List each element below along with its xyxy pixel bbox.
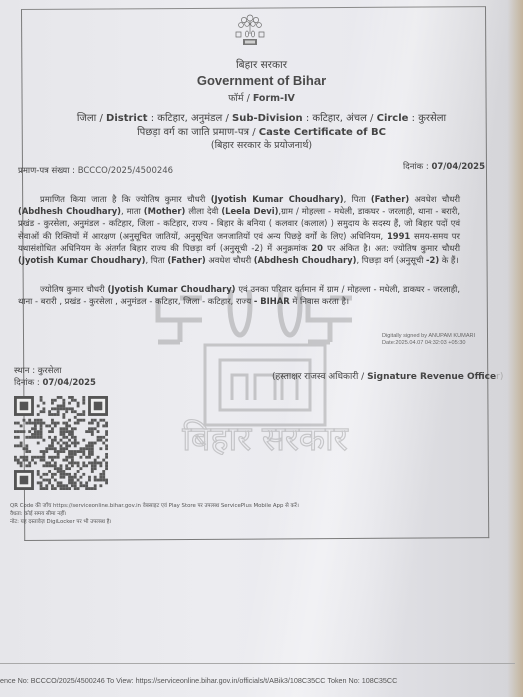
qr-code-icon[interactable] — [14, 396, 108, 490]
applicant-name-en: (Jyotish Kumar Choudhary) — [211, 194, 344, 204]
applicant-name-en: (Jyotish Kumar Choudhary) — [18, 255, 145, 265]
district-value: कटिहार — [157, 113, 184, 124]
place-label: स्थान — [14, 366, 30, 376]
certificate-number-value: BCCCO/2025/4500246 — [78, 166, 173, 176]
state-name: - BIHAR — [254, 296, 290, 306]
text: पर अंकित है। अत: ज्योतिष कुमार चौधरी — [323, 243, 460, 253]
text: में निवास करता है। — [290, 296, 349, 306]
footer-reference: ence No: BCCCO/2025/4500246 To View: htt… — [0, 676, 523, 685]
text: , पिता — [145, 255, 167, 265]
mother-name-en: (Leela Devi) — [221, 206, 278, 216]
circle-label-hi: अंचल — [346, 113, 367, 124]
certificate-number: प्रमाण-पत्र संख्या : BCCCO/2025/4500246 — [18, 165, 173, 176]
footer-divider — [0, 663, 515, 664]
note-qr-verification: QR Code की जाँच https://serviceonline.bi… — [10, 502, 299, 510]
date-value: 07/04/2025 — [431, 162, 485, 172]
subdivision-value: कटिहार — [312, 113, 339, 124]
watermark-text: बिहार सरकार — [182, 419, 349, 455]
place-value: कुरसेला — [38, 366, 62, 376]
digital-signature: Digitally signed by ANUPAM KUMARI Date:2… — [382, 333, 475, 347]
signature-label-end: r) — [496, 372, 503, 382]
act-year: 1991 — [387, 231, 410, 241]
text: , माता — [121, 206, 144, 216]
district-label-en: District — [106, 113, 148, 124]
certificate-title-hi: पिछड़ा वर्ग का जाति प्रमाण-पत्र — [137, 127, 249, 138]
text: ज्योतिष कुमार चौधरी — [40, 284, 108, 294]
form-label-english: Form-IV — [253, 93, 295, 104]
gov-title-english: Government of Bihar — [0, 73, 523, 88]
digital-signature-signer: Digitally signed by ANUPAM KUMARI — [382, 333, 475, 340]
note-validity: वैधता: कोई समय सीमा नहीं। — [10, 510, 299, 518]
digital-signature-date: Date:2025.04.07 04:32:03 +05:30 — [382, 340, 475, 347]
place-and-date: स्थान : कुरसेला दिनांक : 07/04/2025 — [14, 365, 96, 389]
serial-number: 20 — [311, 243, 323, 253]
circle-value: कुरसेला — [418, 113, 446, 124]
father-label: (Father) — [371, 194, 409, 204]
mother-label: (Mother) — [144, 206, 186, 216]
text: अवधेश चौधरी — [409, 194, 460, 204]
certificate-number-label: प्रमाण-पत्र संख्या — [18, 166, 69, 176]
jurisdiction-line: जिला / District : कटिहार, अनुमंडल / Sub-… — [0, 110, 523, 124]
issue-date-value: 07/04/2025 — [42, 378, 96, 388]
text: , पिछड़ा वर्ग (अनुसूची — [356, 255, 426, 265]
signature-label-en: Signature Revenue Office — [367, 372, 496, 382]
father-name-en: (Abdhesh Choudhary) — [254, 255, 357, 265]
schedule-number: -2) — [426, 255, 439, 265]
text: अवधेश चौधरी — [206, 255, 254, 265]
text: , पिता — [344, 194, 371, 204]
certificate-date: दिनांक : 07/04/2025 — [403, 161, 485, 172]
certificate-body-paragraph-1: प्रमाणित किया जाता है कि ज्योतिष कुमार च… — [18, 193, 460, 266]
certificate-purpose: (बिहार सरकार के प्रयोजनार्थ) — [0, 138, 523, 151]
subdivision-label-hi: अनुमंडल — [191, 113, 222, 124]
signature-label: (हस्ताक्षर राजस्व अधिकारी / Signature Re… — [272, 369, 503, 382]
verification-notes: QR Code की जाँच https://serviceonline.bi… — [10, 502, 299, 526]
father-name-en: (Abdhesh Choudhary) — [18, 206, 121, 216]
bihar-emblem-icon — [233, 12, 267, 48]
gov-title-hindi: बिहार सरकार — [0, 58, 523, 72]
district-label-hi: जिला — [77, 113, 96, 124]
text: प्रमाणित किया जाता है कि ज्योतिष कुमार च… — [40, 194, 211, 204]
circle-label-en: Circle — [377, 113, 409, 124]
certificate-body-paragraph-2: ज्योतिष कुमार चौधरी (Jyotish Kumar Choud… — [18, 283, 460, 307]
applicant-name-en: (Jyotish Kumar Choudhary) — [108, 284, 236, 294]
issue-date-label: दिनांक — [14, 378, 34, 388]
form-label-hindi: फॉर्म — [228, 93, 243, 104]
certificate-title-en: Caste Certificate of BC — [259, 127, 386, 138]
note-digilocker: नोट: यह दस्तावेज़ DigiLocker पर भी उपलब्… — [10, 518, 299, 526]
subdivision-label-en: Sub-Division — [232, 113, 303, 124]
form-number: फॉर्म / Form-IV — [0, 91, 523, 104]
date-label: दिनांक — [403, 162, 423, 172]
text: लीला देवी — [185, 206, 221, 216]
signature-label-hi: (हस्ताक्षर राजस्व अधिकारी / — [272, 372, 367, 382]
certificate-title: पिछड़ा वर्ग का जाति प्रमाण-पत्र / Caste … — [0, 124, 523, 138]
father-label: (Father) — [167, 255, 205, 265]
text: के हैं। — [439, 255, 458, 265]
